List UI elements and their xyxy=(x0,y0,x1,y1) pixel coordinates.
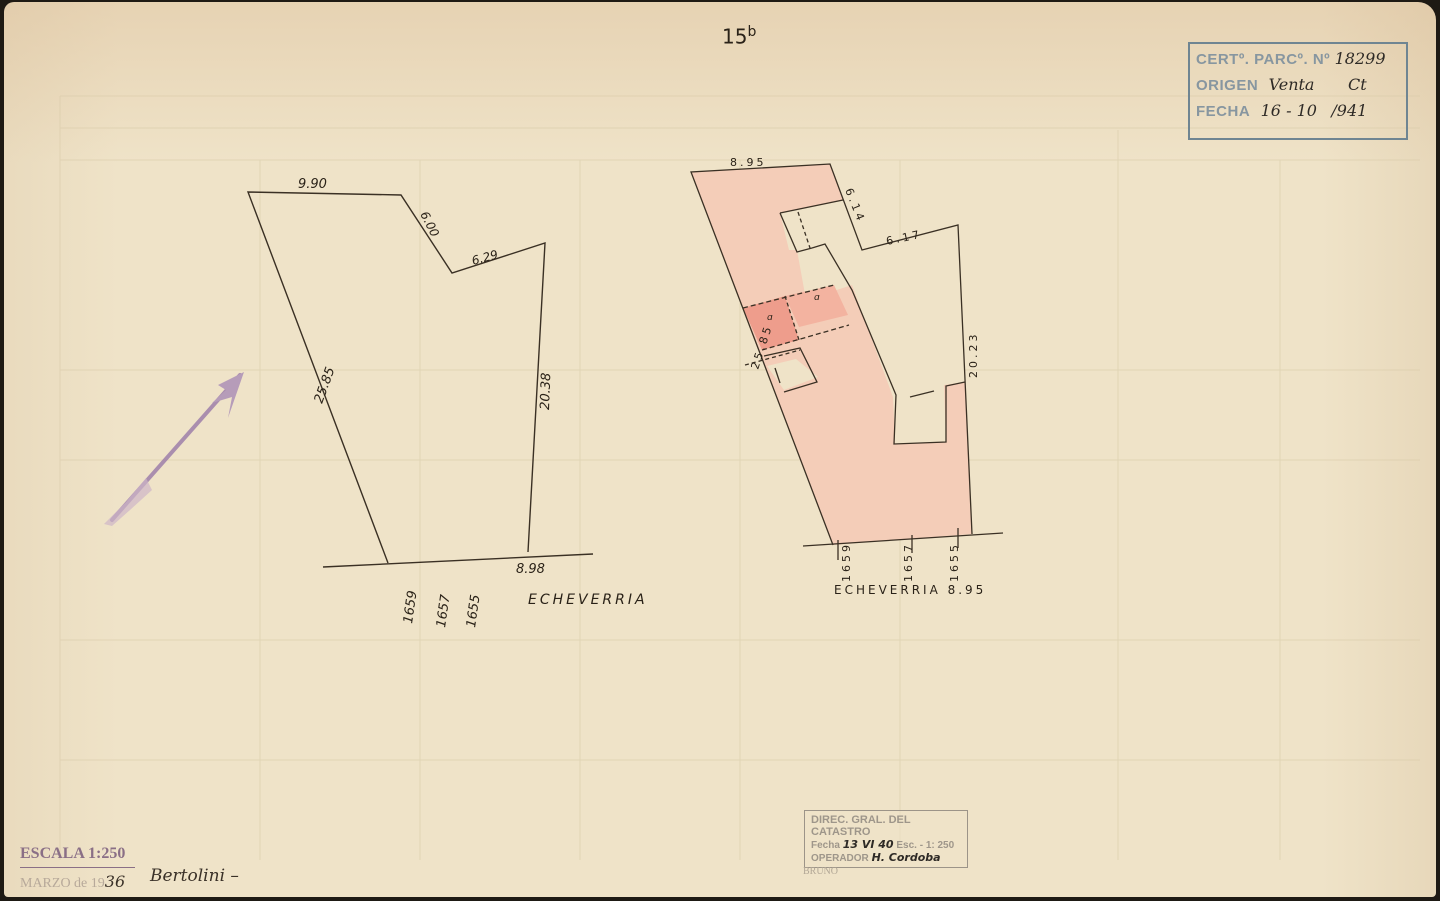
catastro-footer: BRUNO xyxy=(803,866,838,877)
house-number: 1655 xyxy=(464,594,483,629)
catastro-operator-value: H. Cordoba xyxy=(872,851,941,864)
dim-top: 8.95 xyxy=(730,156,767,169)
scale-underline xyxy=(20,867,135,868)
catastro-stamp: DIREC. GRAL. DEL CATASTRO Fecha 13 VI 40… xyxy=(804,810,968,868)
cert-date-year: /941 xyxy=(1331,101,1367,120)
catastro-date-label: Fecha xyxy=(811,840,840,851)
room-mark: ɑ xyxy=(767,313,773,323)
dim-right-side: 20.23 xyxy=(967,332,980,379)
left-parcel-outline xyxy=(248,192,545,563)
dim-notch: 6.29 xyxy=(470,247,499,267)
house-number: 1659 xyxy=(840,542,853,582)
cert-number-label: CERTº. PARCº. Nº xyxy=(1196,51,1330,68)
date-handwritten: 36 xyxy=(105,872,125,891)
cert-date-label: FECHA xyxy=(1196,103,1250,120)
cert-origin-label: ORIGEN xyxy=(1196,77,1258,94)
cert-row-number: CERTº. PARCº. Nº 18299 xyxy=(1196,46,1400,72)
signature: Bertolini – xyxy=(150,866,239,886)
dim-top: 9.90 xyxy=(298,177,327,192)
catastro-operator-label: OPERADOR xyxy=(811,853,869,864)
catastro-title: DIREC. GRAL. DEL CATASTRO xyxy=(811,814,961,838)
right-parcel-plan: ɑ ɑ xyxy=(691,164,1003,560)
cert-date-value: 16 - 10 xyxy=(1261,101,1317,120)
catastro-scale: Esc. - 1: 250 xyxy=(896,840,954,851)
cert-row-origin: ORIGEN Venta Ct xyxy=(1196,72,1400,98)
house-number: 1655 xyxy=(948,542,961,582)
left-dimensions: 9.90 6.00 6.29 25.85 20.38 8.98 1659 165… xyxy=(298,177,648,629)
page-number: 15b xyxy=(722,24,756,49)
dim-diagonal: 6.00 xyxy=(417,209,442,239)
certificate-stamp: CERTº. PARCº. Nº 18299 ORIGEN Venta Ct F… xyxy=(1188,42,1408,140)
dim-frontage: 8.98 xyxy=(516,562,545,577)
cert-origin-extra: Ct xyxy=(1348,72,1367,98)
catastro-operator-row: OPERADOR H. Cordoba xyxy=(811,851,961,864)
street-name: ECHEVERRIA xyxy=(528,592,648,608)
cert-origin-value: Venta xyxy=(1269,75,1315,94)
north-arrow-icon xyxy=(104,372,244,526)
cert-row-date: FECHA 16 - 10 /941 xyxy=(1196,98,1400,124)
catastro-date-row: Fecha 13 VI 40 Esc. - 1: 250 xyxy=(811,838,961,851)
date-line: MARZO de 1936 xyxy=(20,872,125,892)
dim-right-side: 20.38 xyxy=(538,372,554,410)
street-name: ECHEVERRIA 8.95 xyxy=(834,583,986,597)
catastro-date-value: 13 VI 40 xyxy=(843,838,894,851)
room-mark: ɑ xyxy=(814,293,820,303)
cert-number-value: 18299 xyxy=(1335,49,1386,68)
date-printed: MARZO de 19 xyxy=(20,876,105,891)
page-number-value: 15 xyxy=(722,25,747,49)
left-street-line xyxy=(323,554,593,567)
house-number: 1657 xyxy=(902,542,915,582)
scale-label: ESCALA 1:250 xyxy=(20,845,125,863)
house-number: 1657 xyxy=(434,593,454,629)
house-number: 1659 xyxy=(401,590,420,625)
page-suffix: b xyxy=(747,24,756,40)
